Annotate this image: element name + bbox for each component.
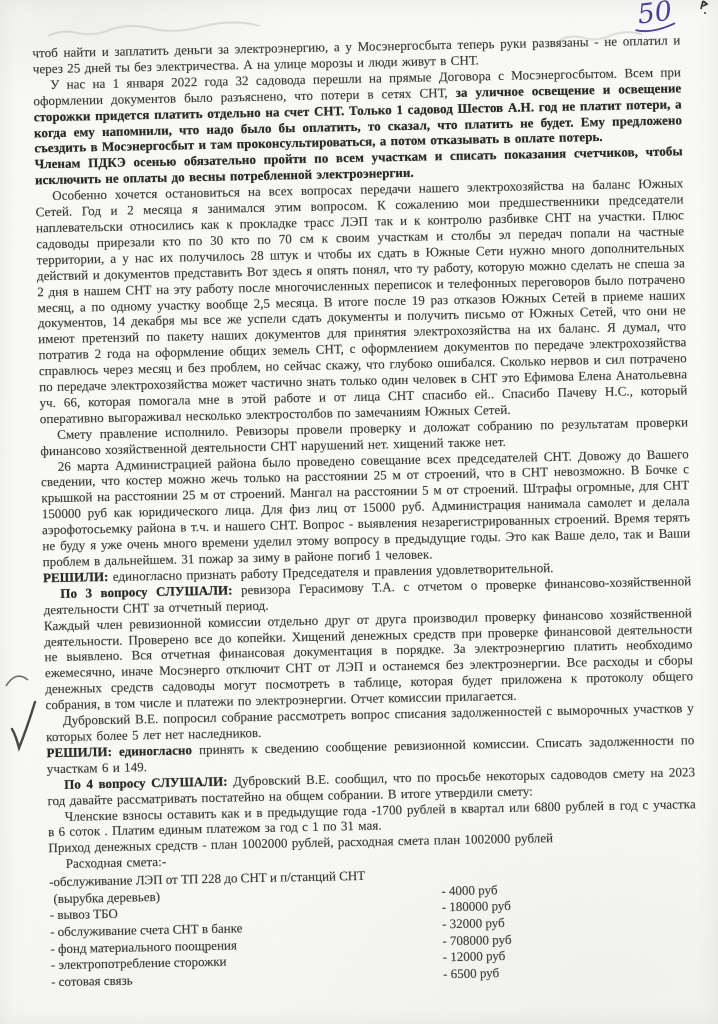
scanned-document-page: 50 чтоб найти и заплатить деньги за элек… bbox=[0, 0, 718, 1024]
paragraph: У нас на 1 января 2022 года 32 садовода … bbox=[33, 64, 682, 157]
expense-amount: - 4000 руб bbox=[441, 882, 497, 900]
paragraph: Каждый член ревизионной комиссии отдельн… bbox=[44, 605, 694, 713]
expense-amount: - 180000 руб bbox=[442, 898, 511, 916]
expense-amount: - 708000 руб bbox=[442, 931, 511, 949]
paragraph: Особенно хочется остановиться на всех во… bbox=[35, 175, 688, 427]
paragraph-list: чтоб найти и заплатить деньги за электро… bbox=[32, 32, 696, 872]
text-segment: Особенно хочется остановиться на всех во… bbox=[36, 175, 688, 426]
text-segment: 26 марта Администрацией района было пров… bbox=[41, 446, 690, 569]
document-text-block: чтоб найти и заплатить деньги за электро… bbox=[32, 32, 699, 990]
margin-arc-mark bbox=[6, 676, 28, 686]
text-segment: Каждый член ревизионной комиссии отдельн… bbox=[44, 605, 693, 713]
margin-check-mark bbox=[12, 702, 35, 748]
expense-amount: - 32000 руб bbox=[442, 915, 505, 933]
expense-amount: - 12000 руб bbox=[443, 948, 506, 966]
corner-pen-mark-icon bbox=[694, 0, 716, 22]
text-segment: Расходная смета:- bbox=[66, 854, 167, 871]
expense-table: -обслуживание ЛЭП от ТП 228 до СНТ и п/с… bbox=[49, 861, 699, 990]
expense-amount: - 6500 руб bbox=[443, 965, 499, 983]
page-number-underline bbox=[635, 23, 675, 32]
bold-text-segment: РЕШИЛИ: единогласно bbox=[46, 742, 199, 760]
paragraph: 26 марта Администрацией района было пров… bbox=[41, 446, 691, 570]
page-number-text: 50 bbox=[636, 0, 674, 31]
bold-text-segment: РЕШИЛИ: bbox=[43, 569, 113, 585]
